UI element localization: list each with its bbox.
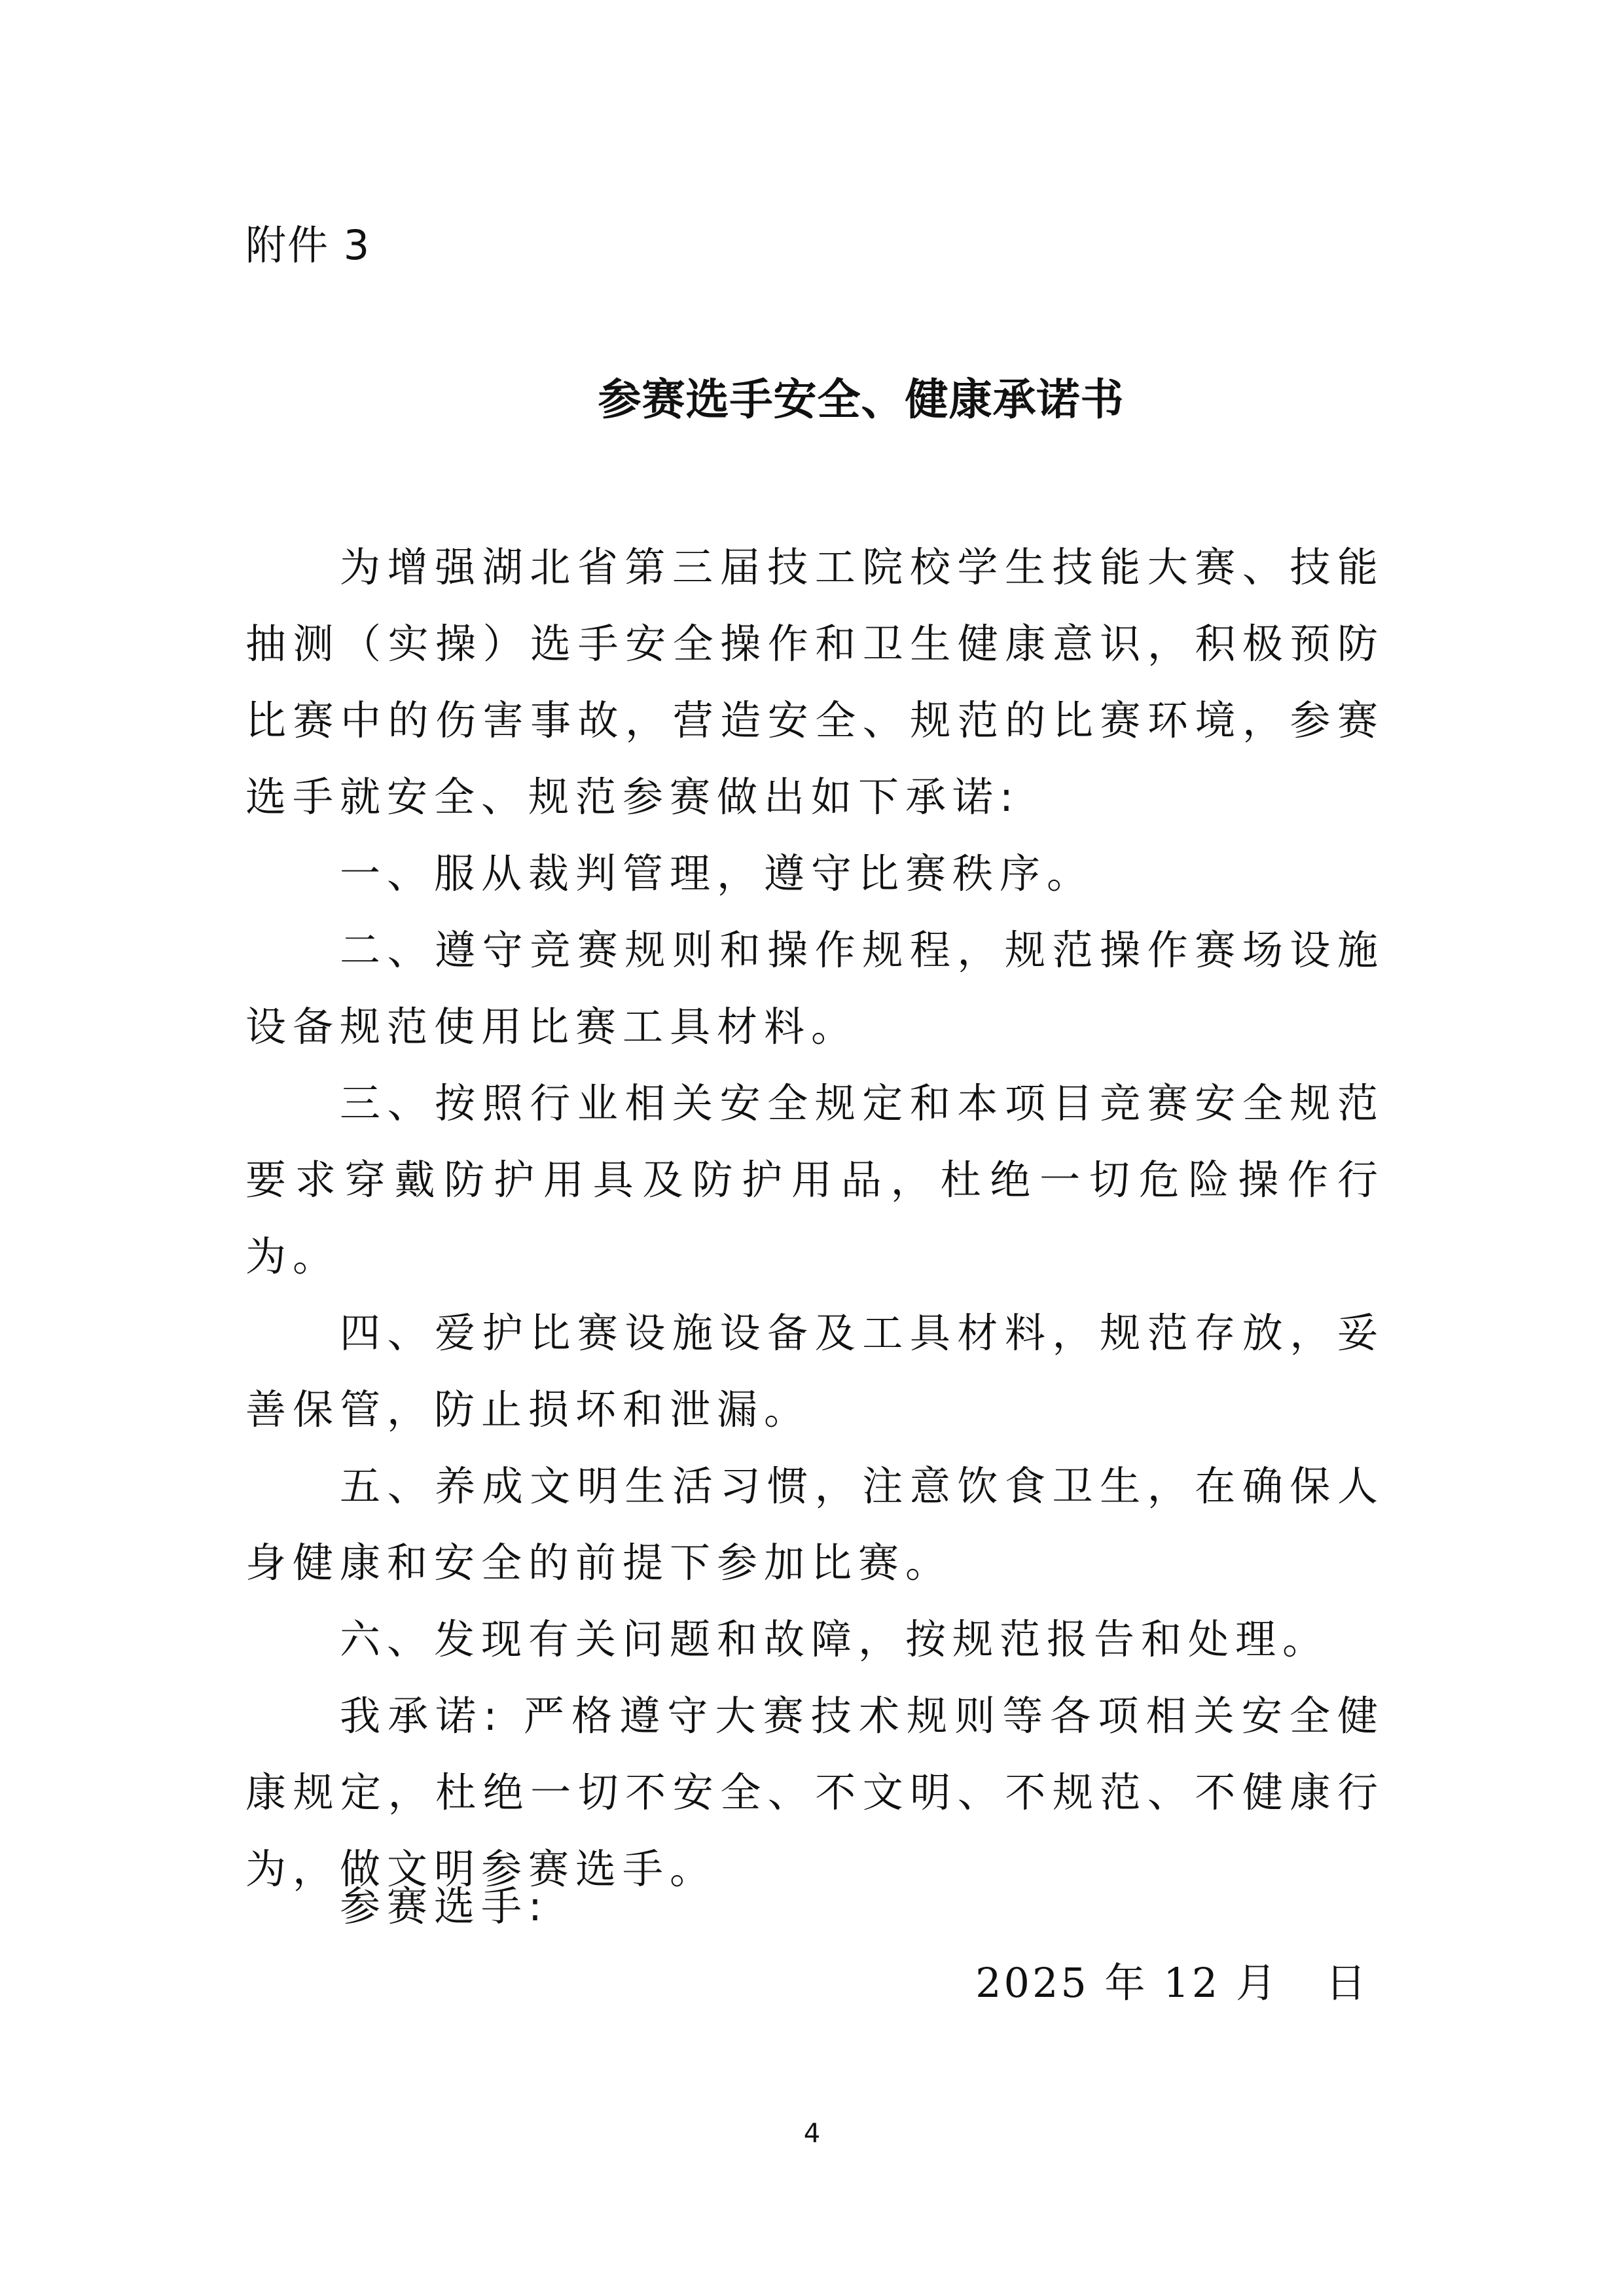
commitment-item-3: 三、按照行业相关安全规定和本项目竞赛安全规范要求穿戴防护用具及防护用品，杜绝一切… <box>245 1065 1384 1295</box>
date-line: 2025 年 12 月 日 <box>975 1954 1369 2013</box>
intro-paragraph: 为增强湖北省第三届技工院校学生技能大赛、技能抽测（实操）选手安全操作和卫生健康意… <box>245 529 1384 835</box>
commitment-item-5: 五、养成文明生活习惯，注意饮食卫生，在确保人身健康和安全的前提下参加比赛。 <box>245 1448 1384 1601</box>
attachment-label: 附件 3 <box>245 219 370 272</box>
page-number: 4 <box>0 2117 1624 2150</box>
commitment-item-4: 四、爱护比赛设施设备及工具材料，规范存放，妥善保管，防止损坏和泄漏。 <box>245 1295 1384 1448</box>
document-page: 附件 3 参赛选手安全、健康承诺书 为增强湖北省第三届技工院校学生技能大赛、技能… <box>0 0 1624 2296</box>
signature-label: 参赛选手: <box>340 1877 549 1936</box>
commitment-item-2: 二、遵守竞赛规则和操作规程，规范操作赛场设施设备规范使用比赛工具材料。 <box>245 912 1384 1065</box>
pledge-paragraph: 我承诺: 严格遵守大赛技术规则等各项相关安全健康规定，杜绝一切不安全、不文明、不… <box>245 1677 1384 1907</box>
commitment-body: 为增强湖北省第三届技工院校学生技能大赛、技能抽测（实操）选手安全操作和卫生健康意… <box>245 529 1384 1907</box>
commitment-item-1: 一、服从裁判管理，遵守比赛秩序。 <box>245 835 1384 912</box>
document-title: 参赛选手安全、健康承诺书 <box>0 370 1624 429</box>
commitment-item-6: 六、发现有关问题和故障，按规范报告和处理。 <box>245 1601 1384 1677</box>
